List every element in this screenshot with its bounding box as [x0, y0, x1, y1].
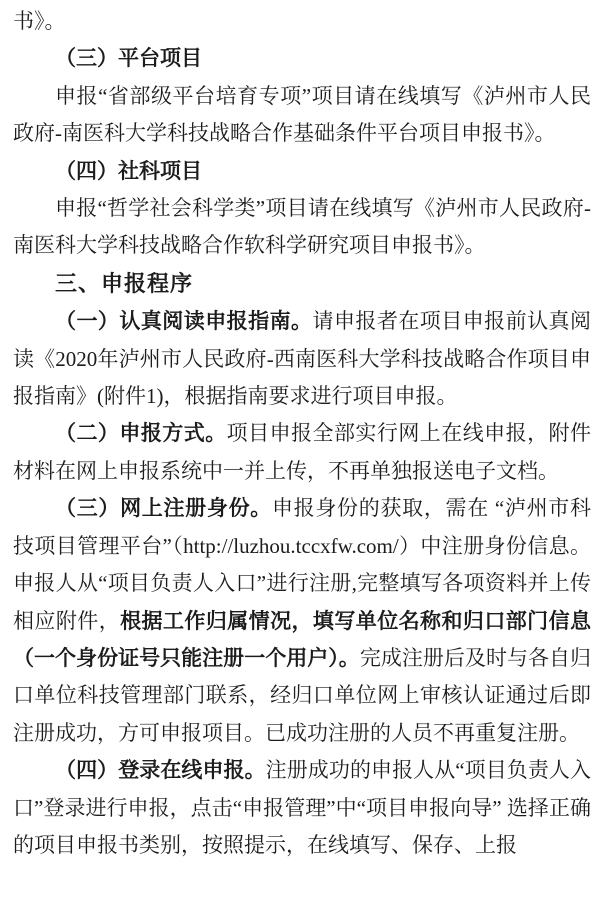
document-page: 书》。（三）平台项目申报“省部级平台培育专项”项目请在线填写《泸州市人民政府-南…	[0, 0, 604, 900]
text-run: 申报“省部级平台培育专项”项目请在线填写《泸州市人民政府-南医科大学科技战略合作…	[13, 84, 591, 145]
text-run: 书》。	[13, 9, 66, 33]
text-run: （二）申报方式。	[55, 421, 227, 445]
para-platform-projects: 申报“省部级平台培育专项”项目请在线填写《泸州市人民政府-南医科大学科技战略合作…	[13, 78, 591, 153]
heading-application-procedure: 三、申报程序	[13, 265, 591, 303]
para-online-registration: （三）网上注册身份。申报身份的获取，需在 “泸州市科技项目管理平台”（http:…	[13, 490, 591, 752]
text-run: 申报“哲学社会科学类”项目请在线填写《泸州市人民政府-南医科大学科技战略合作软科…	[13, 196, 591, 257]
heading-platform-projects: （三）平台项目	[13, 40, 591, 77]
para-social-science-projects: 申报“哲学社会科学类”项目请在线填写《泸州市人民政府-南医科大学科技战略合作软科…	[13, 190, 591, 265]
continuation-line: 书》。	[13, 3, 591, 40]
text-run: （四）登录在线申报。	[55, 758, 266, 782]
document-body: 书》。（三）平台项目申报“省部级平台培育专项”项目请在线填写《泸州市人民政府-南…	[13, 3, 591, 864]
text-run: （三）网上注册身份。	[55, 496, 272, 520]
text-run: （四）社科项目	[55, 159, 202, 183]
para-read-guide: （一）认真阅读申报指南。请申报者在项目申报前认真阅读《2020年泸州市人民政府-…	[13, 303, 591, 415]
platform-url: http://luzhou.tccxfw.com/	[183, 534, 399, 558]
text-run: 三、申报程序	[55, 271, 193, 296]
heading-social-science-projects: （四）社科项目	[13, 153, 591, 190]
text-run: （三）平台项目	[55, 46, 202, 70]
para-application-method: （二）申报方式。项目申报全部实行网上在线申报，附件材料在网上申报系统中一并上传，…	[13, 415, 591, 490]
text-run: （一）认真阅读申报指南。	[55, 309, 313, 333]
para-login-online: （四）登录在线申报。注册成功的申报人从“项目负责人入口”登录进行申报，点击“申报…	[13, 752, 591, 864]
